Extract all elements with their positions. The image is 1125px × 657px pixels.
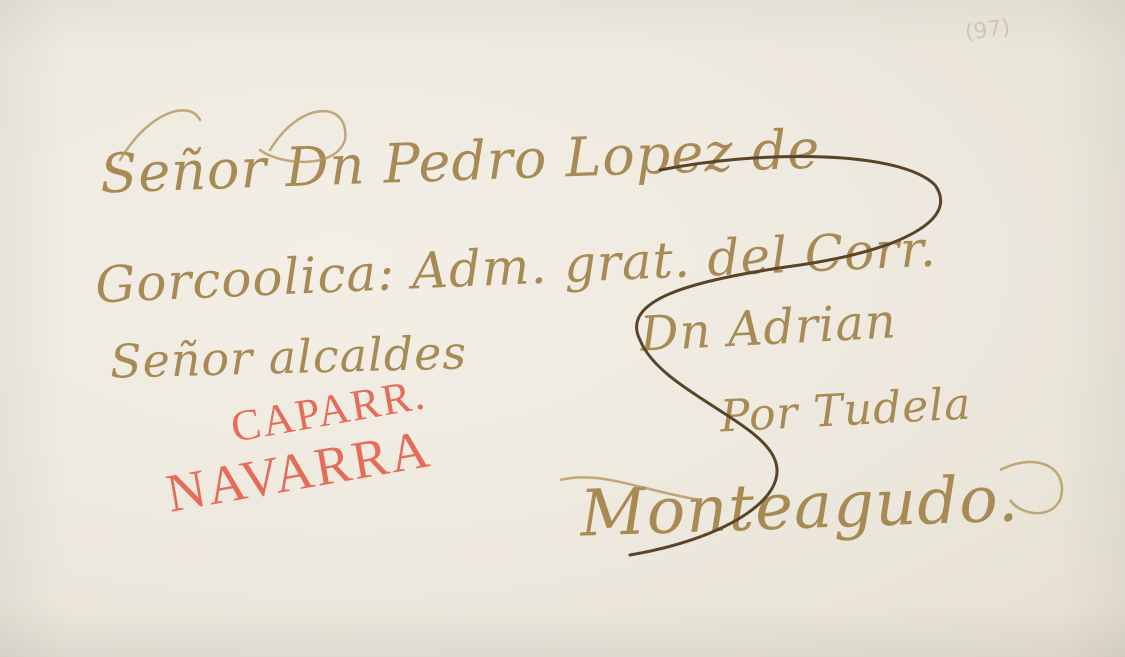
envelope-cover: (97) Señor Dn Pedro Lopez de Gorcoolica:… (0, 0, 1125, 657)
rate-mark-flourish (0, 0, 1125, 657)
